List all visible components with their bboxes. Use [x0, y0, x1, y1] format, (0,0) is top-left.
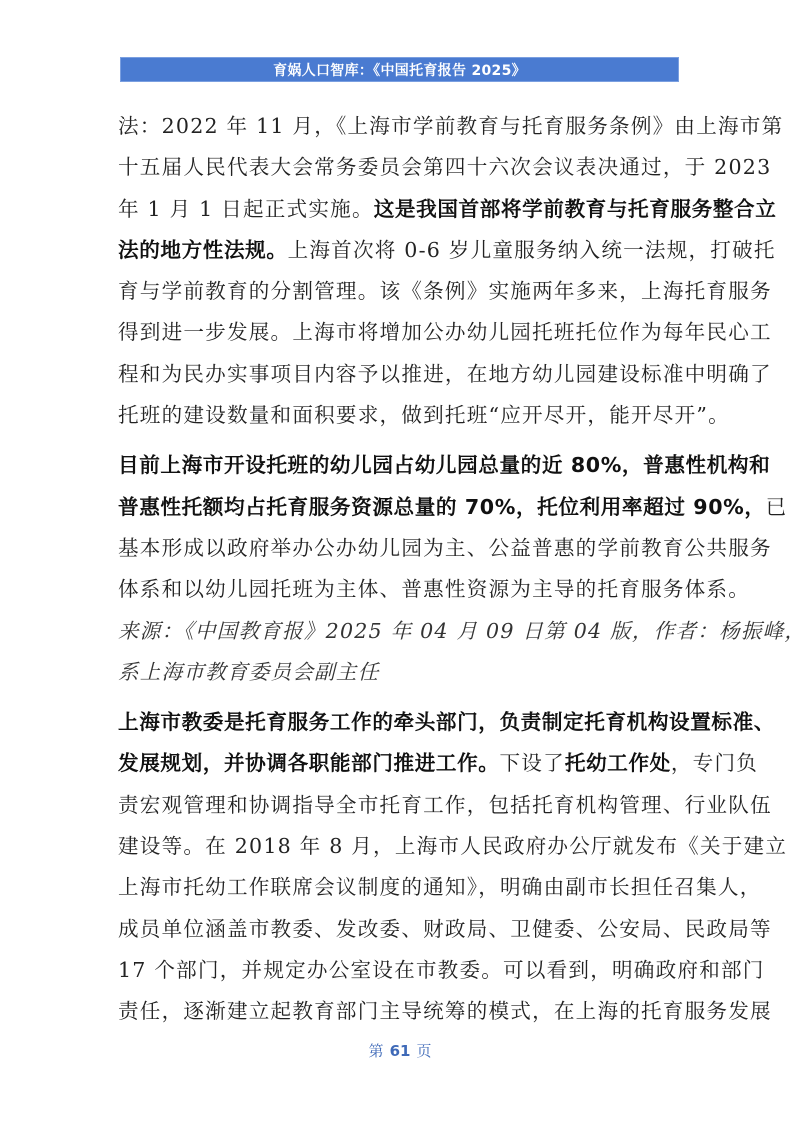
page-content: 法：2022 年 11 月，《上海市学前教育与托育服务条例》由上海市第十五届人民…	[118, 106, 682, 1033]
body-text: 责任，逐渐建立起教育部门主导统筹的模式，在上海的托育服务发展	[118, 999, 772, 1023]
text-line: 上海市托幼工作联席会议制度的通知》，明确由副市长担任召集人，	[118, 867, 682, 908]
text-line: 体系和以幼儿园托班为主体、普惠性资源为主导的托育服务体系。	[118, 569, 682, 610]
body-text: 上海首次将 0-6 岁儿童服务纳入统一法规，打破托	[288, 238, 776, 262]
emphasized-text: 这是我国首部将学前教育与托育服务整合立	[374, 197, 777, 221]
body-text: 17 个部门，并规定办公室设在市教委。可以看到，明确政府和部门	[118, 958, 765, 982]
text-line: 法的地方性法规。上海首次将 0-6 岁儿童服务纳入统一法规，打破托	[118, 230, 682, 271]
emphasized-text: 普惠性托额均占托育服务资源总量的 70%，托位利用率超过 90%，	[118, 495, 766, 519]
emphasized-text: 目前上海市开设托班的幼儿园占幼儿园总量的近 80%，普惠性机构和	[118, 453, 770, 477]
source-line: 系上海市教育委员会副主任	[118, 652, 682, 693]
body-text: 上海市托幼工作联席会议制度的通知》，明确由副市长担任召集人，	[118, 875, 762, 899]
emphasized-text: 上海市教委是托育服务工作的牵头部门，负责制定托育机构设置标准、	[118, 710, 775, 734]
page-number: 61	[390, 1042, 411, 1060]
emphasized-text: 托幼工作处	[565, 751, 671, 775]
text-line: 建设等。在 2018 年 8 月，上海市人民政府办公厅就发布《关于建立	[118, 826, 682, 867]
source-citation: 来源：《中国教育报》2025 年 04 月 09 日第 04 版，作者：杨振峰，…	[118, 611, 682, 694]
page-number-label: 第61页	[369, 1042, 432, 1060]
body-text: 托班的建设数量和面积要求，做到托班“应开尽开，能开尽开”。	[118, 403, 730, 427]
text-line: 程和为民办实事项目内容予以推进，在地方幼儿园建设标准中明确了	[118, 354, 682, 395]
text-line: 十五届人民代表大会常务委员会第四十六次会议表决通过，于 2023	[118, 147, 682, 188]
paragraph-shanghai-statistics: 目前上海市开设托班的幼儿园占幼儿园总量的近 80%，普惠性机构和普惠性托额均占托…	[118, 445, 682, 610]
emphasized-text: 法的地方性法规。	[118, 238, 288, 262]
page-suffix: 页	[416, 1042, 431, 1060]
text-line: 上海市教委是托育服务工作的牵头部门，负责制定托育机构设置标准、	[118, 702, 682, 743]
text-line: 法：2022 年 11 月，《上海市学前教育与托育服务条例》由上海市第	[118, 106, 682, 147]
text-line: 基本形成以政府举办公办幼儿园为主、公益普惠的学前教育公共服务	[118, 528, 682, 569]
text-line: 得到进一步发展。上海市将增加公办幼儿园托班托位作为每年民心工	[118, 312, 682, 353]
document-page: 育娲人口智库：《中国托育报告 2025》 法：2022 年 11 月，《上海市学…	[0, 0, 800, 1131]
body-text: 已	[766, 495, 788, 519]
body-text: 法：2022 年 11 月，《上海市学前教育与托育服务条例》由上海市第	[118, 114, 783, 138]
body-text: 育与学前教育的分割管理。该《条例》实施两年多来，上海托育服务	[118, 279, 772, 303]
text-line: 托班的建设数量和面积要求，做到托班“应开尽开，能开尽开”。	[118, 395, 682, 436]
text-line: 育与学前教育的分割管理。该《条例》实施两年多来，上海托育服务	[118, 271, 682, 312]
text-line: 发展规划，并协调各职能部门推进工作。下设了托幼工作处，专门负	[118, 743, 682, 784]
body-text: 年 1 月 1 日起正式实施。	[118, 197, 374, 221]
body-text: 程和为民办实事项目内容予以推进，在地方幼儿园建设标准中明确了	[118, 362, 772, 386]
page-footer: 第61页	[0, 1040, 800, 1061]
emphasized-text: 发展规划，并协调各职能部门推进工作。	[118, 751, 500, 775]
body-text: 下设了	[500, 751, 565, 775]
text-line: 目前上海市开设托班的幼儿园占幼儿园总量的近 80%，普惠性机构和	[118, 445, 682, 486]
report-title: 育娲人口智库：《中国托育报告 2025》	[273, 60, 526, 80]
text-line: 普惠性托额均占托育服务资源总量的 70%，托位利用率超过 90%，已	[118, 487, 682, 528]
text-line: 年 1 月 1 日起正式实施。这是我国首部将学前教育与托育服务整合立	[118, 189, 682, 230]
text-line: 责宏观管理和协调指导全市托育工作，包括托育机构管理、行业队伍	[118, 785, 682, 826]
paragraph-shanghai-regulation: 法：2022 年 11 月，《上海市学前教育与托育服务条例》由上海市第十五届人民…	[118, 106, 682, 436]
body-text: 基本形成以政府举办公办幼儿园为主、公益普惠的学前教育公共服务	[118, 536, 772, 560]
text-line: 成员单位涵盖市教委、发改委、财政局、卫健委、公安局、民政局等	[118, 909, 682, 950]
page-prefix: 第	[369, 1042, 384, 1060]
body-text: 成员单位涵盖市教委、发改委、财政局、卫健委、公安局、民政局等	[118, 917, 772, 941]
body-text: ，专门负	[671, 751, 758, 775]
body-text: 体系和以幼儿园托班为主体、普惠性资源为主导的托育服务体系。	[118, 577, 750, 601]
body-text: 得到进一步发展。上海市将增加公办幼儿园托班托位作为每年民心工	[118, 320, 772, 344]
body-text: 建设等。在 2018 年 8 月，上海市人民政府办公厅就发布《关于建立	[118, 834, 787, 858]
source-line: 来源：《中国教育报》2025 年 04 月 09 日第 04 版，作者：杨振峰，	[118, 611, 682, 652]
paragraph-education-commission: 上海市教委是托育服务工作的牵头部门，负责制定托育机构设置标准、发展规划，并协调各…	[118, 702, 682, 1032]
text-line: 责任，逐渐建立起教育部门主导统筹的模式，在上海的托育服务发展	[118, 991, 682, 1032]
report-header-banner: 育娲人口智库：《中国托育报告 2025》	[120, 57, 679, 82]
body-text: 责宏观管理和协调指导全市托育工作，包括托育机构管理、行业队伍	[118, 793, 772, 817]
text-line: 17 个部门，并规定办公室设在市教委。可以看到，明确政府和部门	[118, 950, 682, 991]
body-text: 十五届人民代表大会常务委员会第四十六次会议表决通过，于 2023	[118, 155, 771, 179]
